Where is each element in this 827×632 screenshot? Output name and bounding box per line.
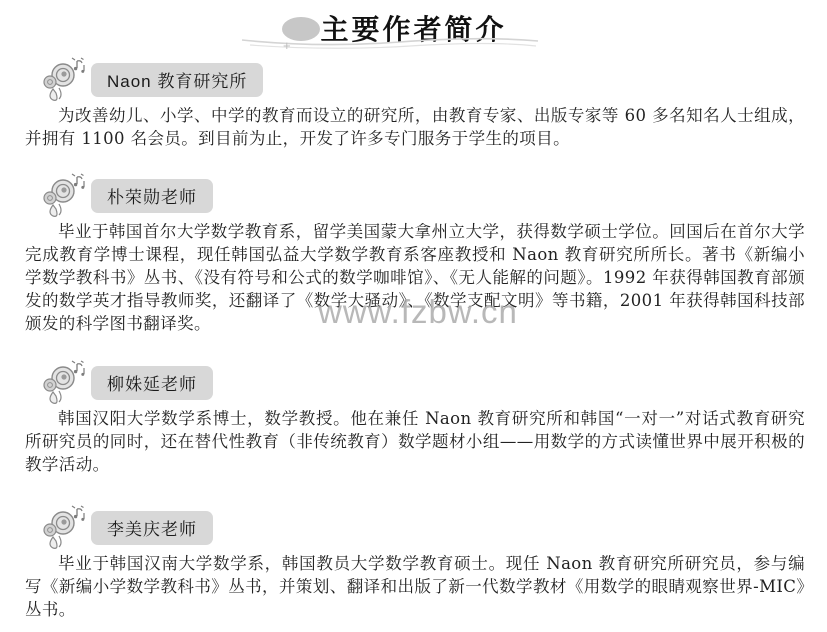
book-page: 主要作者简介 + Naon 教育研究所 为改善幼儿、小学、中学的教育而设立的研究…	[0, 0, 827, 632]
flower-doodle-icon	[37, 55, 89, 101]
author-name-badge: 柳姝延老师	[91, 366, 213, 400]
section-header: 朴荣勋老师	[37, 168, 805, 214]
author-section-li: 李美庆老师 毕业于韩国汉南大学数学系，韩国教员大学数学教育硕士。现任 Naon …	[0, 500, 827, 621]
author-bio-text: 毕业于韩国汉南大学数学系，韩国教员大学数学教育硕士。现任 Naon 教育研究所研…	[25, 552, 805, 621]
author-bio-text: 为改善幼儿、小学、中学的教育而设立的研究所，由教育专家、出版专家等 60 多名知…	[25, 104, 805, 150]
flower-doodle-icon	[37, 358, 89, 404]
author-section-liu: 柳姝延老师 韩国汉阳大学数学系博士，数学教授。他在兼任 Naon 教育研究所和韩…	[0, 355, 827, 476]
section-header: Naon 教育研究所	[37, 52, 805, 98]
author-name-badge: Naon 教育研究所	[91, 63, 263, 97]
author-section-piao: 朴荣勋老师 毕业于韩国首尔大学数学教育系，留学美国蒙大拿州立大学，获得数学硕士学…	[0, 168, 827, 335]
section-header: 柳姝延老师	[37, 355, 805, 401]
plus-mark-decoration: +	[283, 38, 291, 53]
section-header: 李美庆老师	[37, 500, 805, 546]
author-bio-text: 毕业于韩国首尔大学数学教育系，留学美国蒙大拿州立大学，获得数学硕士学位。回国后在…	[25, 220, 805, 335]
author-bio-text: 韩国汉阳大学数学系博士，数学教授。他在兼任 Naon 教育研究所和韩国“一对一”…	[25, 407, 805, 476]
author-section-naon: Naon 教育研究所 为改善幼儿、小学、中学的教育而设立的研究所，由教育专家、出…	[0, 52, 827, 150]
author-name-badge: 朴荣勋老师	[91, 179, 213, 213]
flower-doodle-icon	[37, 503, 89, 549]
page-title: 主要作者简介	[320, 13, 506, 46]
author-name-badge: 李美庆老师	[91, 511, 213, 545]
page-header: 主要作者简介 +	[0, 0, 827, 52]
flower-doodle-icon	[37, 171, 89, 217]
